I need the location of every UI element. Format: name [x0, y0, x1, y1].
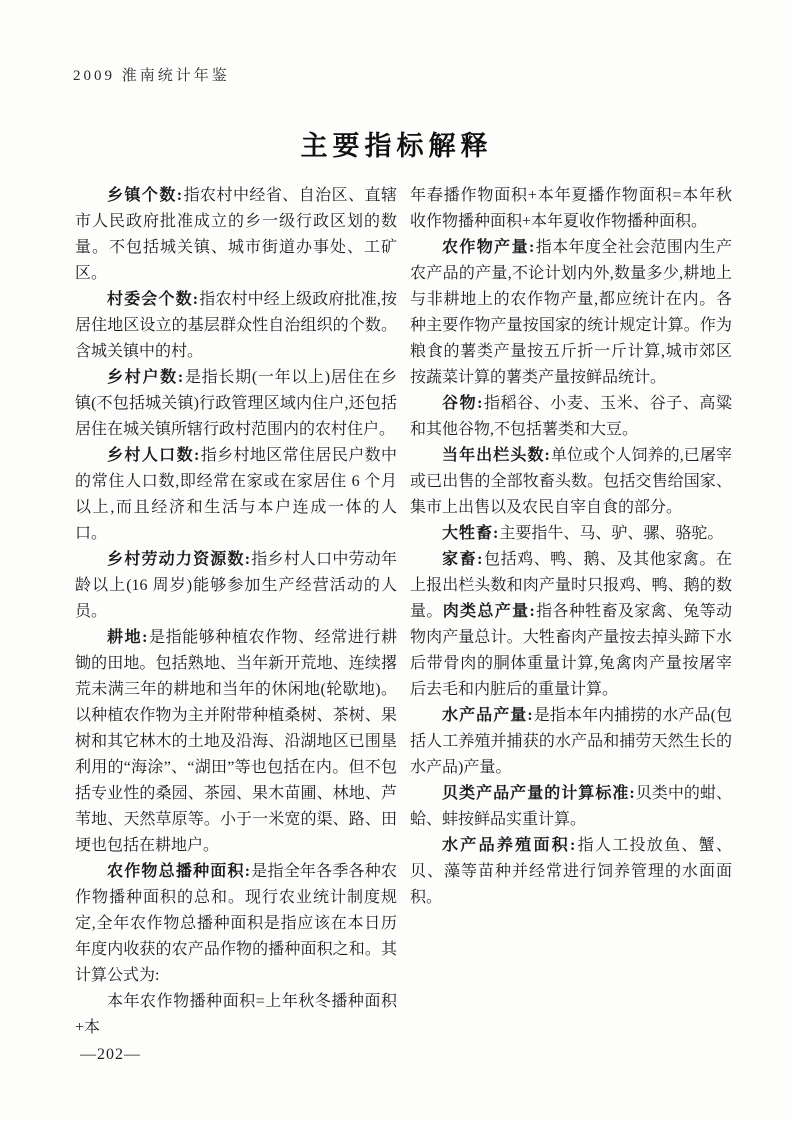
- paragraph: 村委会个数:指农村中经上级政府批准,按居住地区设立的基层群众性自治组织的个数。含…: [75, 287, 397, 365]
- paragraph: 贝类产品产量的计算标准:贝类中的蚶、蛤、蚌按鲜品实重计算。: [410, 781, 732, 833]
- paragraph: 年春播作物面积+本年夏播作物面积=本年秋收作物播种面积+本年夏收作物播种面积。: [410, 183, 732, 235]
- paragraph: 农作物总播种面积:是指全年各季各种农作物播种面积的总和。现行农业统计制度规定,全…: [75, 859, 397, 989]
- paragraph: 乡村劳动力资源数:指乡村人口中劳动年龄以上(16 周岁)能够参加生产经营活动的人…: [75, 547, 397, 625]
- term-label: 贝类产品产量的计算标准:: [442, 785, 636, 802]
- term-label: 乡村户数:: [107, 369, 184, 386]
- definition-text: 指本年度全社会范围内生产农产品的产量,不论计划内外,数量多少,耕地上与非耕地上的…: [410, 239, 732, 386]
- text-columns: 乡镇个数:指农村中经省、自治区、直辖市人民政府批准成立的乡一级行政区划的数量。不…: [75, 183, 732, 1041]
- paragraph: 水产品产量:是指本年内捕捞的水产品(包括人工养殖并捕获的水产品和捕劳天然生长的水…: [410, 703, 732, 781]
- paragraph: 乡镇个数:指农村中经省、自治区、直辖市人民政府批准成立的乡一级行政区划的数量。不…: [75, 183, 397, 287]
- scanned-page: 2009 淮南统计年鉴 主要指标解释 乡镇个数:指农村中经省、自治区、直辖市人民…: [0, 0, 793, 1121]
- paragraph: 耕地:是指能够种植农作物、经常进行耕锄的田地。包括熟地、当年新开荒地、连续撂荒未…: [75, 625, 397, 859]
- right-column: 年春播作物面积+本年夏播作物面积=本年秋收作物播种面积+本年夏收作物播种面积。农…: [410, 183, 732, 1041]
- paragraph: 乡村人口数:指乡村地区常住居民户数中的常住人口数,即经常在家或在家居住 6 个月…: [75, 443, 397, 547]
- term-label: 农作物产量:: [442, 239, 535, 256]
- term-label: 肉类总产量:: [443, 603, 536, 620]
- definition-text: 主要指牛、马、驴、骡、骆驼。: [499, 525, 723, 542]
- definition-text: 是指能够种植农作物、经常进行耕锄的田地。包括熟地、当年新开荒地、连续撂荒未满三年…: [75, 629, 397, 854]
- definition-text: 是指全年各季各种农作物播种面积的总和。现行农业统计制度规定,全年农作物总播种面积…: [75, 863, 397, 984]
- term-label: 水产品产量:: [442, 707, 534, 724]
- term-label: 乡村人口数:: [107, 447, 200, 464]
- paragraph: 农作物产量:指本年度全社会范围内生产农产品的产量,不论计划内外,数量多少,耕地上…: [410, 235, 732, 391]
- term-label: 乡村劳动力资源数:: [107, 551, 251, 568]
- paragraph: 水产品养殖面积:指人工投放鱼、蟹、贝、藻等苗种并经常进行饲养管理的水面面积。: [410, 833, 732, 911]
- paragraph: 大牲畜:主要指牛、马、驴、骡、骆驼。: [410, 521, 732, 547]
- term-label: 乡镇个数:: [107, 187, 183, 204]
- term-label: 村委会个数:: [107, 291, 199, 308]
- term-label: 当年出栏头数:: [442, 447, 551, 464]
- definition-text: 年春播作物面积+本年夏播作物面积=本年秋收作物播种面积+本年夏收作物播种面积。: [410, 187, 732, 230]
- term-label: 水产品养殖面积:: [442, 837, 576, 854]
- paragraph: 乡村户数:是指长期(一年以上)居住在乡镇(不包括城关镇)行政管理区域内住户,还包…: [75, 365, 397, 443]
- term-label: 耕地:: [107, 629, 148, 646]
- paragraph: 家畜:包括鸡、鸭、鹅、及其他家禽。在上报出栏头数和肉产量时只报鸡、鸭、鹅的数量。…: [410, 547, 732, 703]
- term-label: 大牲畜:: [442, 525, 499, 542]
- running-header: 2009 淮南统计年鉴: [73, 64, 230, 85]
- paragraph: 本年农作物播种面积=上年秋冬播种面积+本: [75, 989, 397, 1041]
- term-label: 家畜:: [442, 551, 483, 568]
- paragraph: 当年出栏头数:单位或个人饲养的,已屠宰或已出售的全部牧畜头数。包括交售给国家、集…: [410, 443, 732, 521]
- definition-text: 本年农作物播种面积=上年秋冬播种面积+本: [75, 993, 397, 1036]
- page-number: —202—: [80, 1046, 141, 1064]
- paragraph: 谷物:指稻谷、小麦、玉米、谷子、高粱和其他谷物,不包括薯类和大豆。: [410, 391, 732, 443]
- term-label: 农作物总播种面积:: [107, 863, 251, 880]
- term-label: 谷物:: [442, 395, 483, 412]
- page-title: 主要指标解释: [0, 124, 793, 163]
- left-column: 乡镇个数:指农村中经省、自治区、直辖市人民政府批准成立的乡一级行政区划的数量。不…: [75, 183, 397, 1041]
